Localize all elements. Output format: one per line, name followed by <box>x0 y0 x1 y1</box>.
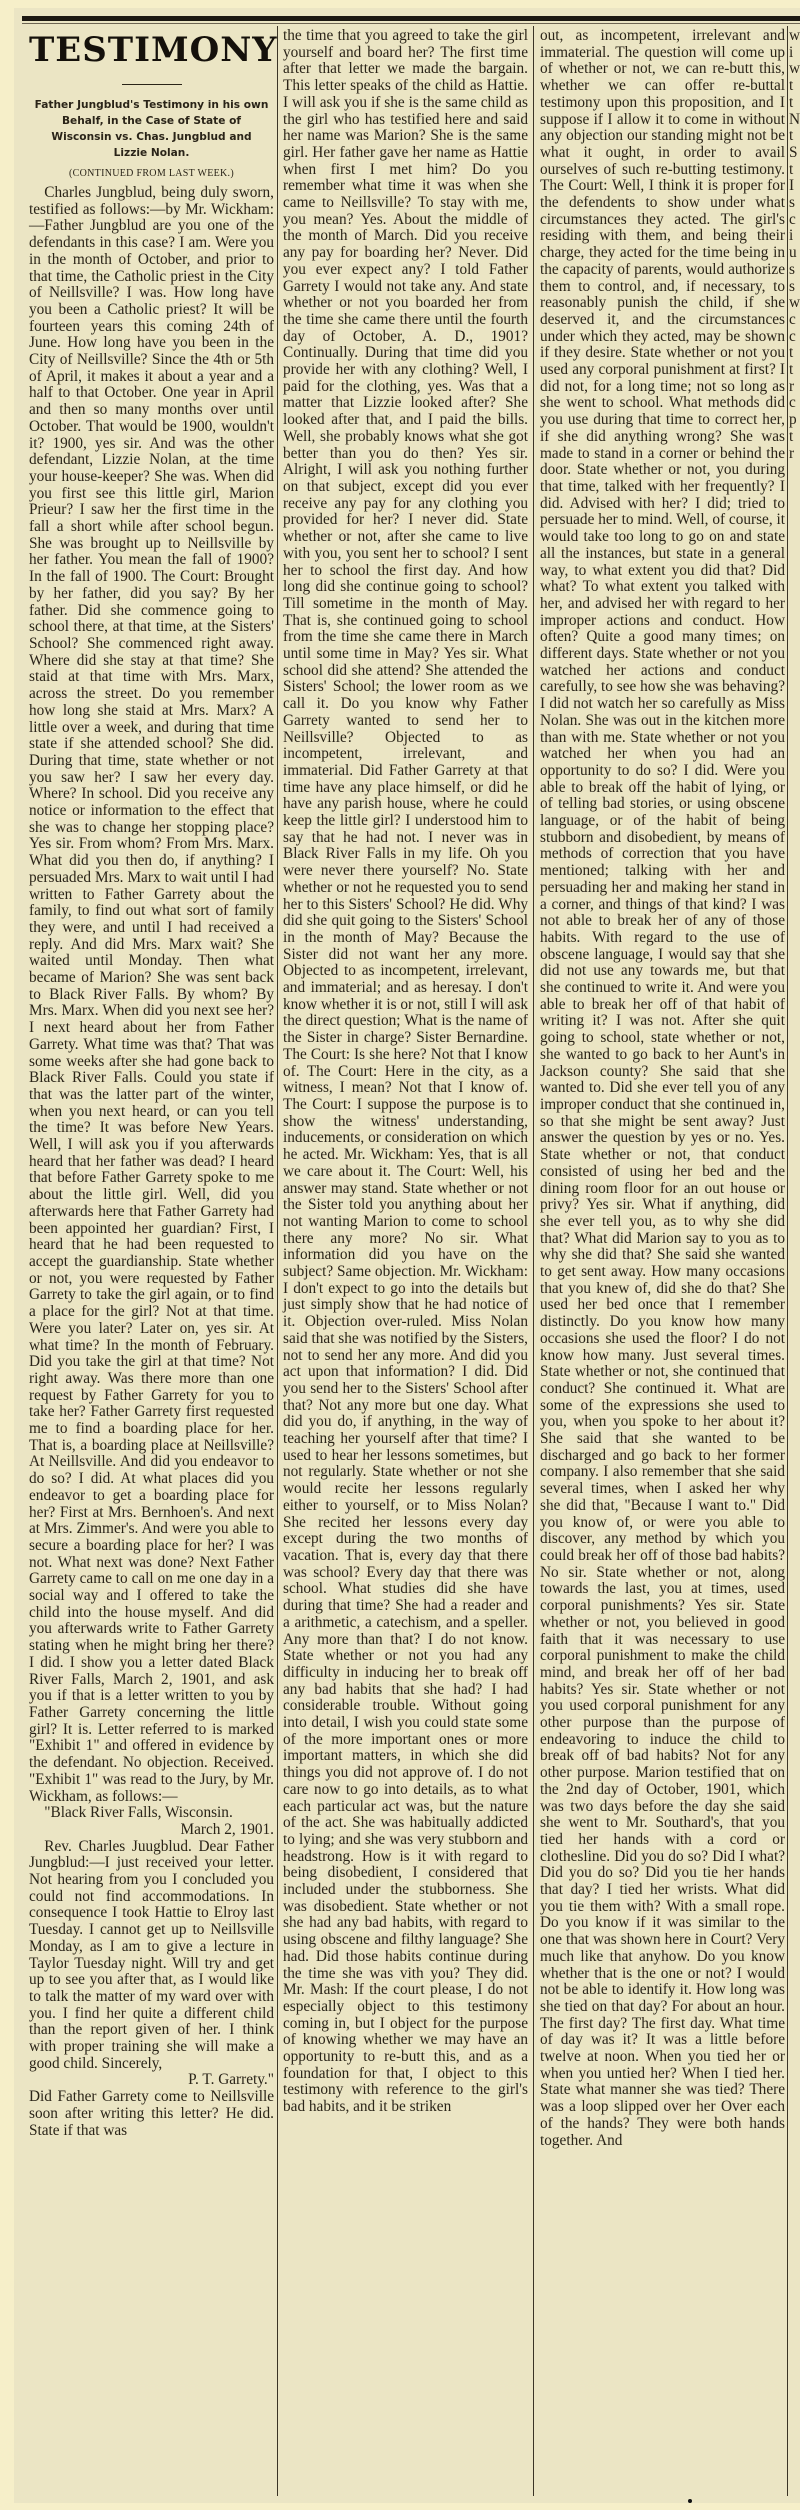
column-3: out, as incompetent, irrelevant and imma… <box>540 28 785 2149</box>
column-2: the time that you agreed to take the gir… <box>283 28 528 2116</box>
article-paragraph: Charles Jungblud, being duly sworn, test… <box>29 185 274 1805</box>
article-paragraph: the time that you agreed to take the gir… <box>283 28 528 2116</box>
article-paragraph-closing: Did Father Garrety come to Neillsville s… <box>29 2089 274 2139</box>
letter-signature: P. T. Garrety." <box>29 2072 274 2089</box>
headline: TESTIMONY <box>29 30 274 70</box>
letter-date: March 2, 1901. <box>29 1822 274 1839</box>
headline-rule <box>122 84 182 85</box>
letter-body: Rev. Charles Juugblud. Dear Father Jungb… <box>29 1839 274 2073</box>
article-paragraph: out, as incompetent, irrelevant and imma… <box>540 28 785 2149</box>
column-1: TESTIMONY Father Jungblud's Testimony in… <box>29 24 274 2139</box>
ink-dot <box>688 2499 692 2503</box>
column-divider-2 <box>533 26 534 2496</box>
subheadline: Father Jungblud's Testimony in his own B… <box>33 97 270 161</box>
continued-note: (CONTINUED FROM LAST WEEK.) <box>29 167 274 181</box>
top-rule <box>22 16 800 21</box>
letter-heading: "Black River Falls, Wisconsin. <box>29 1805 274 1822</box>
column-divider-1 <box>277 26 278 2496</box>
fragment-letters: w i w t t N t S t I s c i u s s w c c t … <box>789 28 800 462</box>
column-divider-3 <box>787 26 788 2496</box>
cut-off-column-fragment: w i w t t N t S t I s c i u s s w c c t … <box>789 28 800 462</box>
